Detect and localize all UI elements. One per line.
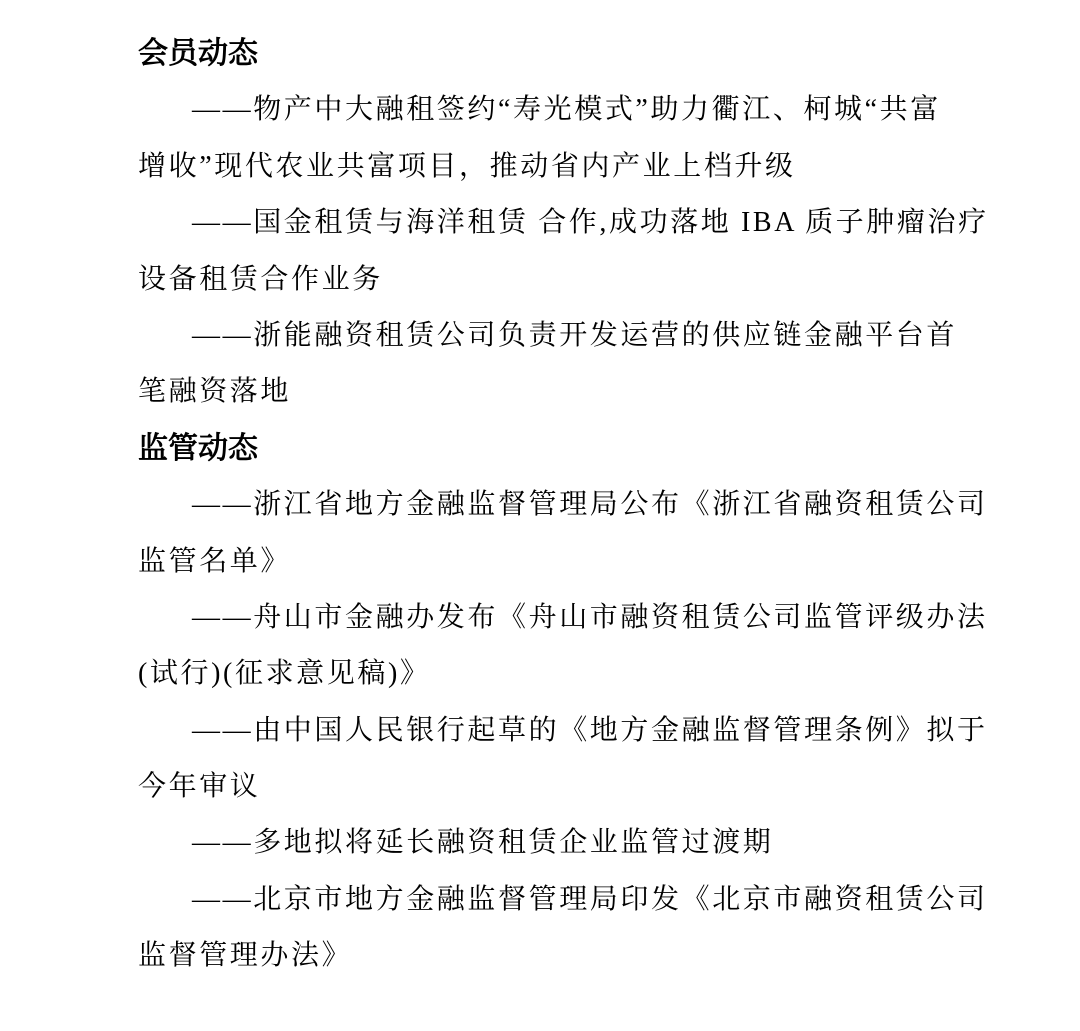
section-member-news: 会员动态 ——物产中大融租签约“寿光模式”助力衢江、柯城“共富 增收”现代农业共… [138,26,950,421]
section-heading-member-news: 会员动态 [138,26,950,82]
news-item-line: ——浙江省地方金融监督管理局公布《浙江省融资租赁公司 [138,477,950,533]
news-item-line: 笔融资落地 [138,364,950,420]
news-item-line: ——舟山市金融办发布《舟山市融资租赁公司监管评级办法 [138,590,950,646]
news-item: ——舟山市金融办发布《舟山市融资租赁公司监管评级办法 (试行)(征求意见稿)》 [138,590,950,703]
news-item-line: 今年审议 [138,759,950,815]
news-item: ——由中国人民银行起草的《地方金融监督管理条例》拟于 今年审议 [138,703,950,816]
news-item-line: ——物产中大融租签约“寿光模式”助力衢江、柯城“共富 [138,82,950,138]
news-item: ——北京市地方金融监督管理局印发《北京市融资租赁公司 监督管理办法》 [138,872,950,985]
news-item: ——浙能融资租赁公司负责开发运营的供应链金融平台首 笔融资落地 [138,308,950,421]
news-item-line: ——国金租赁与海洋租赁 合作,成功落地 IBA 质子肿瘤治疗 [138,195,950,251]
news-item: ——多地拟将延长融资租赁企业监管过渡期 [138,815,950,871]
section-heading-regulatory-news: 监管动态 [138,421,950,477]
news-item-line: ——多地拟将延长融资租赁企业监管过渡期 [138,815,950,871]
news-item-line: 增收”现代农业共富项目，推动省内产业上档升级 [138,139,950,195]
news-item-line: 设备租赁合作业务 [138,252,950,308]
document-page: 会员动态 ——物产中大融租签约“寿光模式”助力衢江、柯城“共富 增收”现代农业共… [0,0,1080,1031]
news-item: ——国金租赁与海洋租赁 合作,成功落地 IBA 质子肿瘤治疗 设备租赁合作业务 [138,195,950,308]
news-item-line: ——由中国人民银行起草的《地方金融监督管理条例》拟于 [138,703,950,759]
news-item: ——物产中大融租签约“寿光模式”助力衢江、柯城“共富 增收”现代农业共富项目，推… [138,82,950,195]
news-item-line: 监督管理办法》 [138,928,950,984]
news-item: ——浙江省地方金融监督管理局公布《浙江省融资租赁公司 监管名单》 [138,477,950,590]
news-item-line: ——浙能融资租赁公司负责开发运营的供应链金融平台首 [138,308,950,364]
news-item-line: 监管名单》 [138,534,950,590]
news-item-line: ——北京市地方金融监督管理局印发《北京市融资租赁公司 [138,872,950,928]
section-regulatory-news: 监管动态 ——浙江省地方金融监督管理局公布《浙江省融资租赁公司 监管名单》 ——… [138,421,950,985]
news-item-line: (试行)(征求意见稿)》 [138,646,950,702]
